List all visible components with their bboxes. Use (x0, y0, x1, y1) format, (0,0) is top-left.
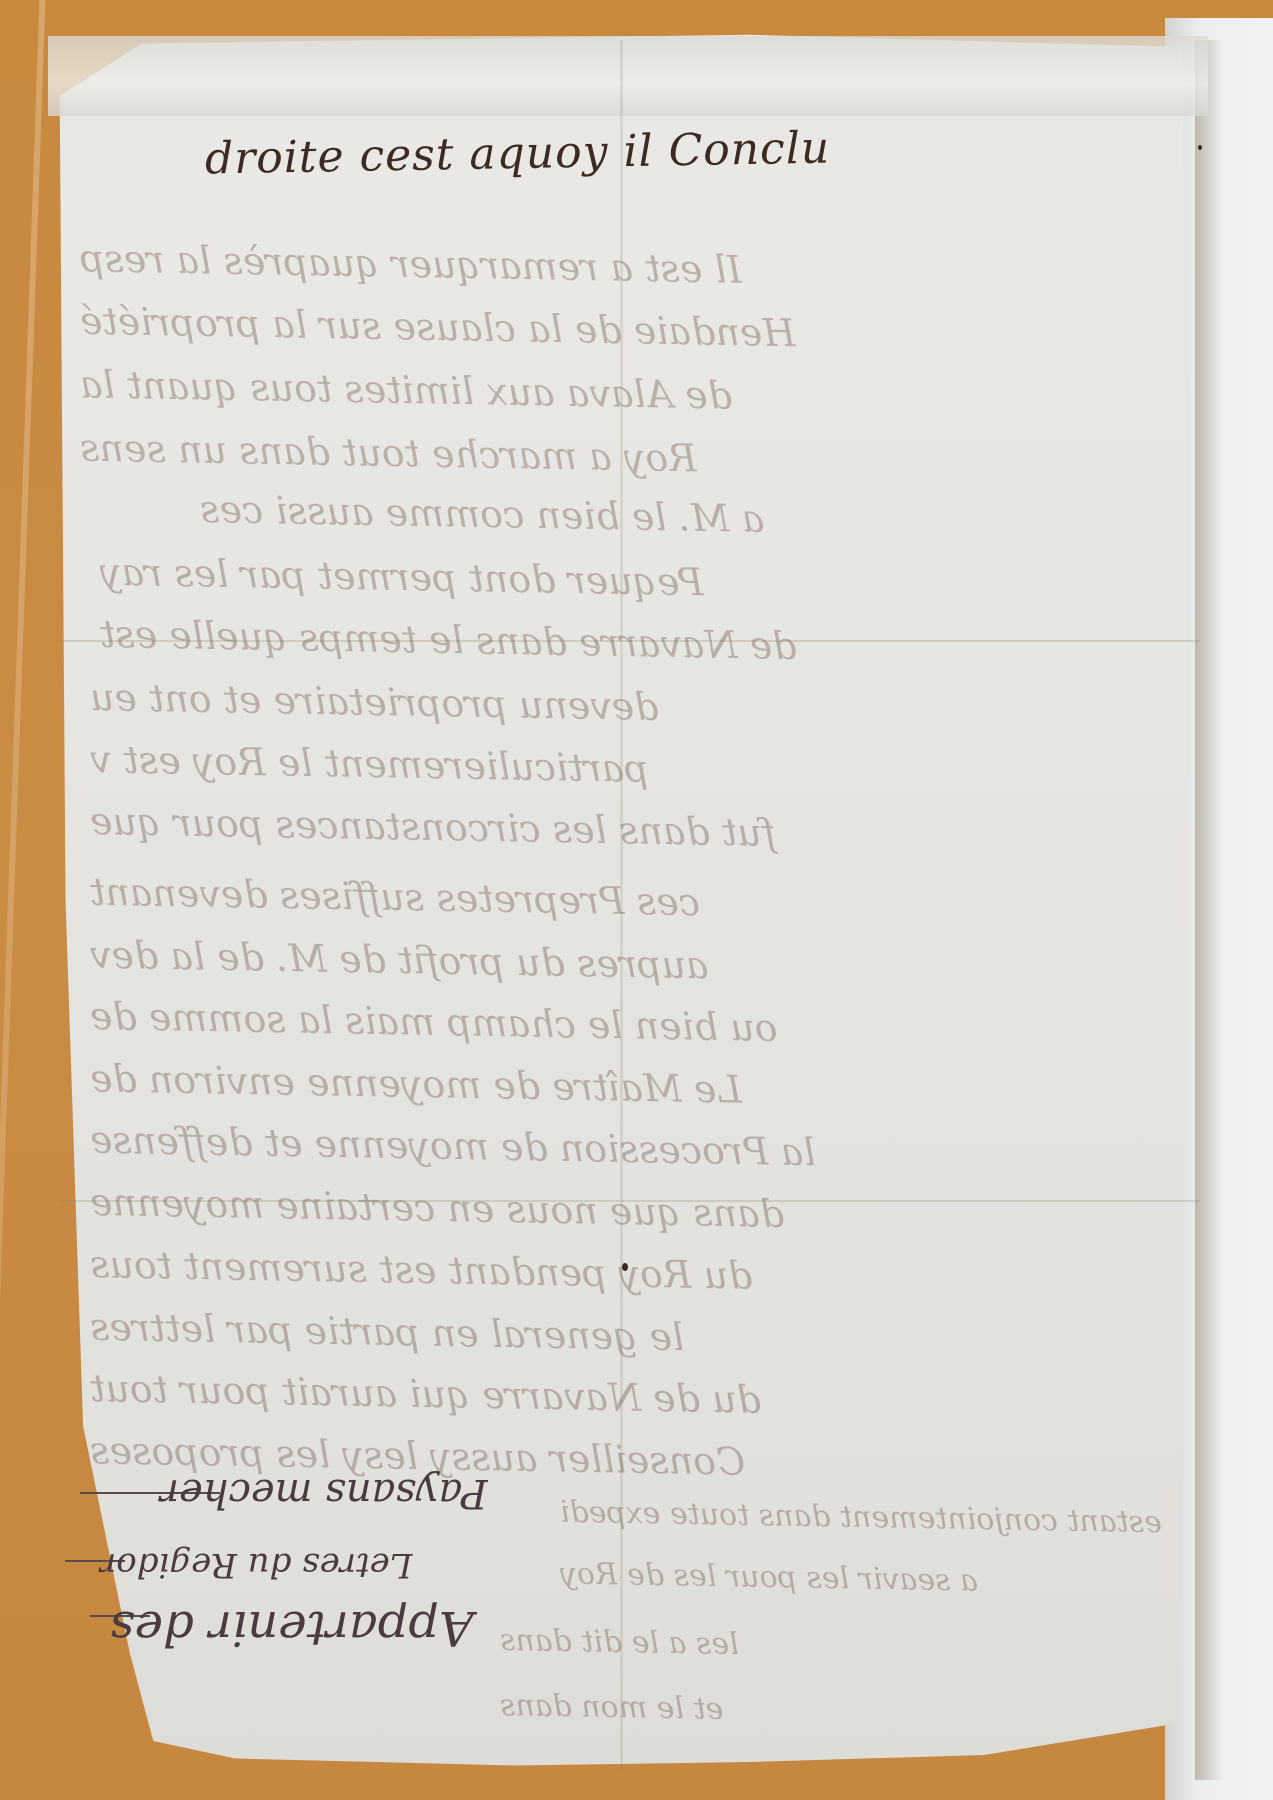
bleed-line: et le mon dans (500, 1688, 724, 1727)
table-wood-grain (0, 0, 45, 1800)
sheet-shadow (1195, 40, 1223, 1780)
annotation-line: Paysans mecher (160, 1470, 488, 1516)
ink-spot (1198, 145, 1202, 150)
top-fold-band (48, 36, 1208, 116)
annotation-line: Letres du Regidor (100, 1545, 412, 1585)
bleed-line: a seavir les pour les de Roy (560, 1556, 979, 1598)
manuscript-heading: droite cest aquoy il Conclu (205, 123, 831, 185)
annotation-line: Appartenir des (110, 1600, 474, 1656)
ink-spot (622, 1263, 628, 1271)
bleed-line: les a le dit dans (500, 1623, 739, 1662)
